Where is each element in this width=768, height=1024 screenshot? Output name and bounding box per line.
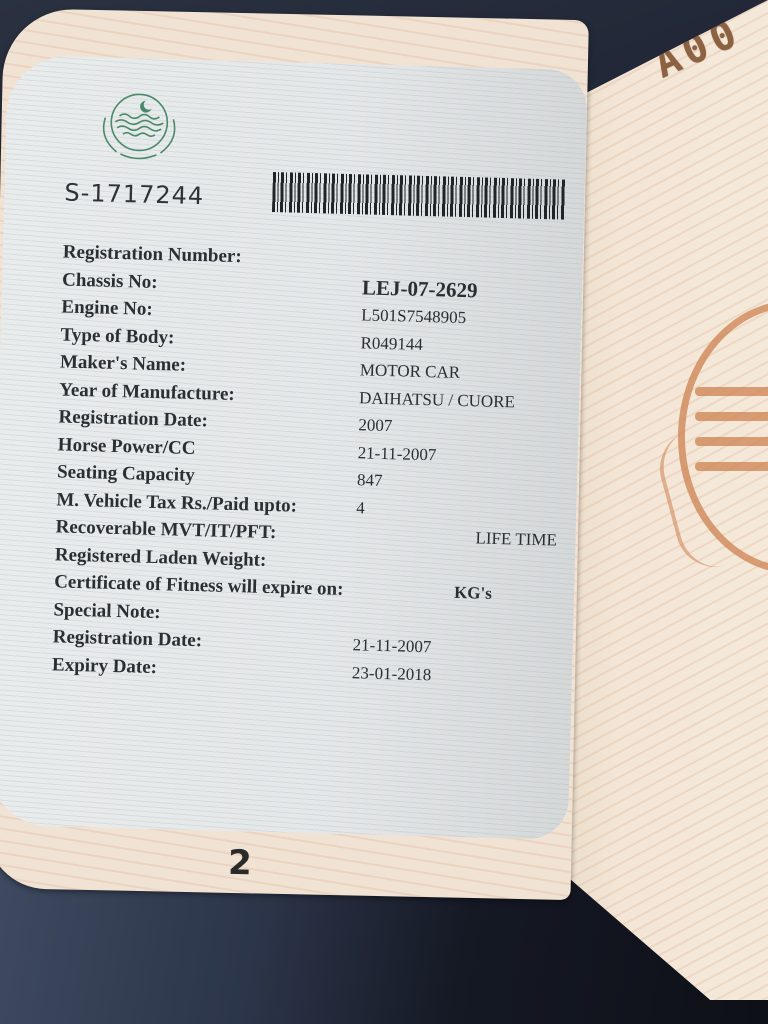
barcode bbox=[272, 172, 566, 220]
field-label: Maker's Name: bbox=[60, 348, 187, 379]
body-type-value: MOTOR CAR bbox=[360, 356, 461, 386]
field-label: Registration Date: bbox=[52, 623, 202, 654]
serial-number: S-1717244 bbox=[64, 179, 204, 211]
field-label: Chassis No: bbox=[62, 266, 158, 296]
field-label: Expiry Date: bbox=[52, 651, 158, 681]
engine-value: R049144 bbox=[360, 329, 423, 358]
registration-fields: Registration Number: Chassis No:LEJ-07-2… bbox=[52, 239, 583, 692]
maker-value: DAIHATSU / CUORE bbox=[359, 384, 516, 416]
chassis-value: L501S7548905 bbox=[361, 301, 467, 331]
laden-weight-value: KG's bbox=[454, 579, 493, 607]
registration-card: S-1717244 Registration Number: Chassis N… bbox=[0, 55, 588, 840]
seating-value: 4 bbox=[356, 494, 365, 522]
field-label: Registration Date: bbox=[58, 403, 208, 434]
year-value: 2007 bbox=[358, 411, 393, 439]
field-label: Special Note: bbox=[53, 596, 161, 626]
tax-paid-value: LIFE TIME bbox=[475, 524, 557, 554]
field-label: Horse Power/CC bbox=[57, 431, 195, 462]
horsepower-value: 847 bbox=[357, 466, 383, 494]
registration-date-value: 21-11-2007 bbox=[357, 439, 436, 469]
field-label: Engine No: bbox=[61, 293, 153, 323]
field-label: Type of Body: bbox=[60, 321, 174, 351]
punjab-emblem-icon bbox=[90, 87, 188, 165]
expiry-date-value: 23-01-2018 bbox=[352, 659, 432, 689]
field-label: Seating Capacity bbox=[57, 458, 195, 489]
registration-date-2-value: 21-11-2007 bbox=[352, 631, 431, 661]
registration-number-value: LEJ-07-2629 bbox=[362, 274, 478, 305]
page-number: 2 bbox=[228, 843, 253, 883]
